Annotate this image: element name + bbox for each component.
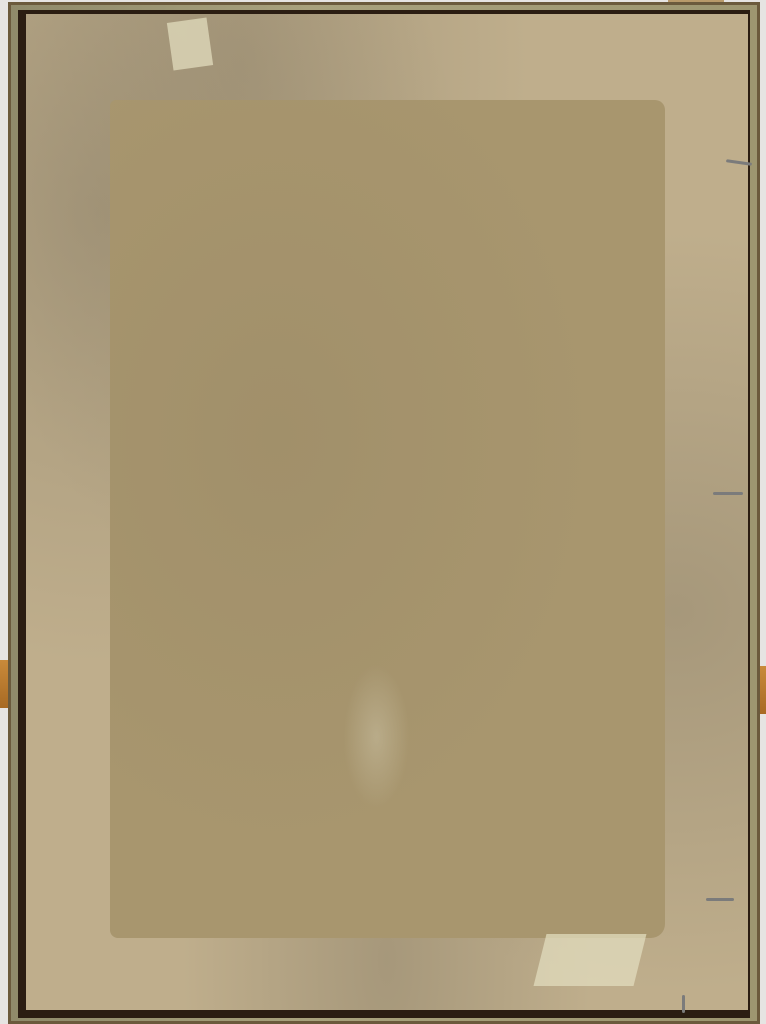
nail-icon bbox=[713, 492, 743, 495]
nail-icon bbox=[682, 995, 685, 1013]
paper-residue-area bbox=[110, 100, 665, 938]
tape-fragment-bottom bbox=[534, 934, 647, 986]
nail-icon bbox=[706, 898, 734, 901]
tape-fragment-top bbox=[167, 17, 213, 70]
